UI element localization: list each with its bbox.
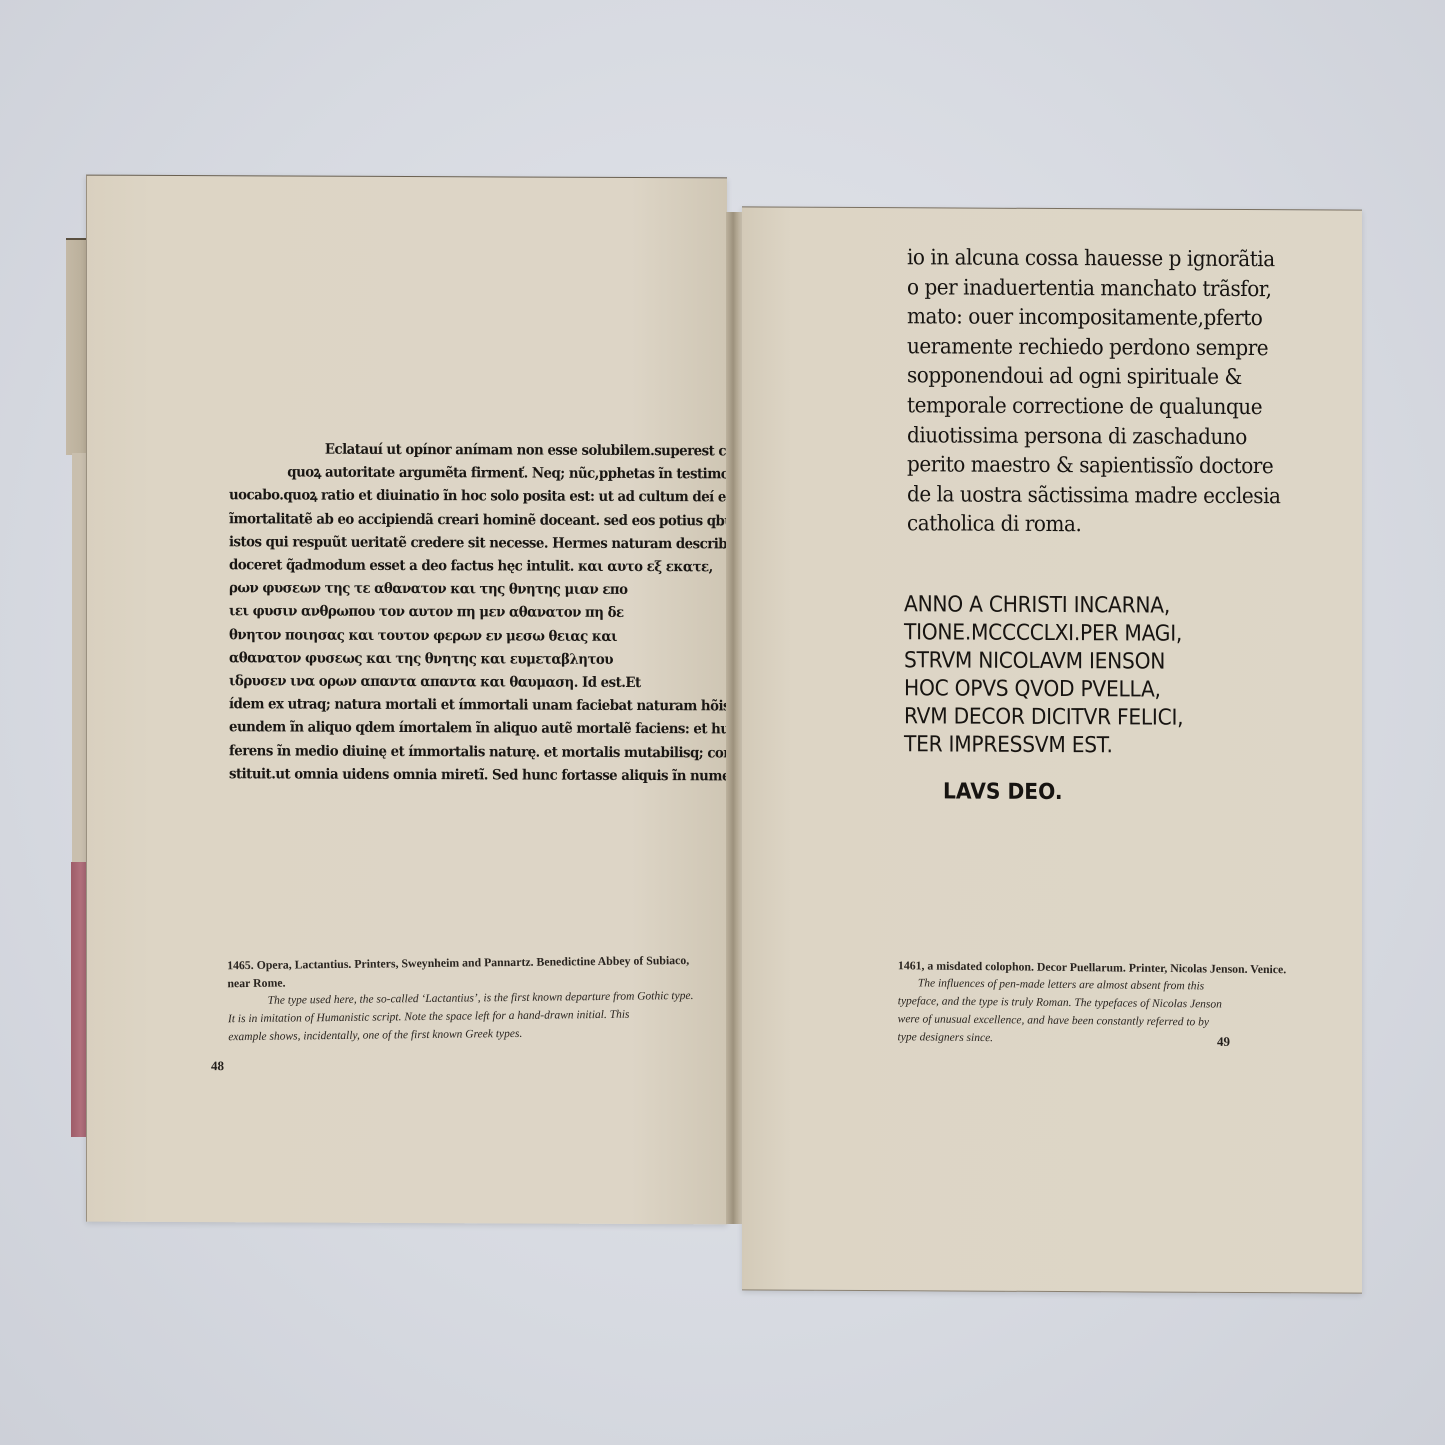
text-line: io in alcuna cossa hauesse p ignorãtia (907, 243, 1242, 274)
book-cover-edge-top (66, 238, 88, 455)
text-line: eundem ĩn aliquo qdem ímortalem ĩn aliqu… (229, 717, 708, 742)
text-line: Eclatauí ut opínor anímam non esse solub… (229, 438, 708, 463)
text-line: doceret q̃admodum esset a deo factus hęc… (229, 554, 708, 579)
caps-line: ANNO A CHRISTI INCARNA, (904, 591, 1244, 621)
caps-line: HOC OPVS QVOD PVELLA, (904, 675, 1244, 705)
caps-line: RVM DECOR DICITVR FELICI, (904, 703, 1244, 733)
page-number-left: 48 (211, 1058, 224, 1074)
lactantius-text-block: Eclatauí ut opínor anímam non esse solub… (229, 438, 739, 788)
text-line: catholica di roma. (907, 510, 1242, 541)
jenson-text-block: io in alcuna cossa hauesse p ignorãtia o… (907, 243, 1267, 541)
text-line: diuotissima persona di zaschaduno (907, 421, 1242, 452)
text-line: uocabo.quoꝝ ratio et diuinatio ĩn hoc so… (229, 485, 708, 510)
greek-line: αθανατον φυσεως και της θνητης και ευμετ… (229, 647, 708, 672)
text-line: quoꝝ autoritate argumẽta firmenť. Neq; n… (229, 461, 708, 486)
text-line: ferens ĩn medio diuinę et ímmortalis nat… (229, 740, 708, 765)
text-line: temporale correctione de qualunque (907, 391, 1242, 422)
page-number-right: 49 (1217, 1034, 1230, 1050)
caps-line: TER IMPRESSVM EST. (904, 731, 1244, 761)
text-line: ĩmortalitatẽ ab eo accipiendã creari hom… (229, 508, 708, 533)
colophon-caps-block: ANNO A CHRISTI INCARNA, TIONE.MCCCCLXI.P… (904, 591, 1274, 761)
book-cover-edge-mid (72, 453, 86, 862)
text-line: istos qui respuũt ueritatẽ credere sit n… (229, 531, 708, 556)
text-line: ídem ex utraq; natura mortali et ímmorta… (229, 693, 708, 718)
text-line: stituit.ut omnia uidens omnia miretĩ. Se… (229, 763, 708, 788)
left-caption: 1465. Opera, Lactantius. Printers, Sweyn… (227, 951, 694, 1046)
greek-line: ιδρυσεν ινα ορων απαντα απαντα και θαυμα… (229, 670, 708, 695)
text-line: o per inaduertentia manchato trãsfor, (907, 273, 1242, 304)
text-line: perito maestro & sapientissĩo doctore (907, 450, 1242, 481)
book-cover-edge-pink (71, 862, 87, 1137)
text-line: sopponendoui ad ogni spirituale & (907, 362, 1242, 393)
greek-line: ιει φυσιν ανθρωπου τον αυτον πη μεν αθαν… (229, 601, 708, 626)
text-line: ueramente rechiedo perdono sempre (907, 332, 1242, 363)
laus-deo: LAVS DEO. (943, 779, 1063, 805)
left-page: Eclatauí ut opínor anímam non esse solub… (86, 175, 727, 1225)
right-page: io in alcuna cossa hauesse p ignorãtia o… (742, 206, 1362, 1293)
text-line: mato: ouer incompositamente,pferto (907, 302, 1242, 333)
caps-line: TIONE.MCCCCLXI.PER MAGI, (904, 619, 1244, 649)
text-line: de la uostra sãctissima madre ecclesia (907, 480, 1242, 511)
greek-line: θνητον ποιησας και τουτον φερων εν μεσω … (229, 624, 708, 649)
greek-line: ρων φυσεων της τε αθανατον και της θνητη… (229, 577, 708, 602)
book-gutter (726, 212, 742, 1224)
caps-line: STRVM NICOLAVM IENSON (904, 647, 1244, 677)
